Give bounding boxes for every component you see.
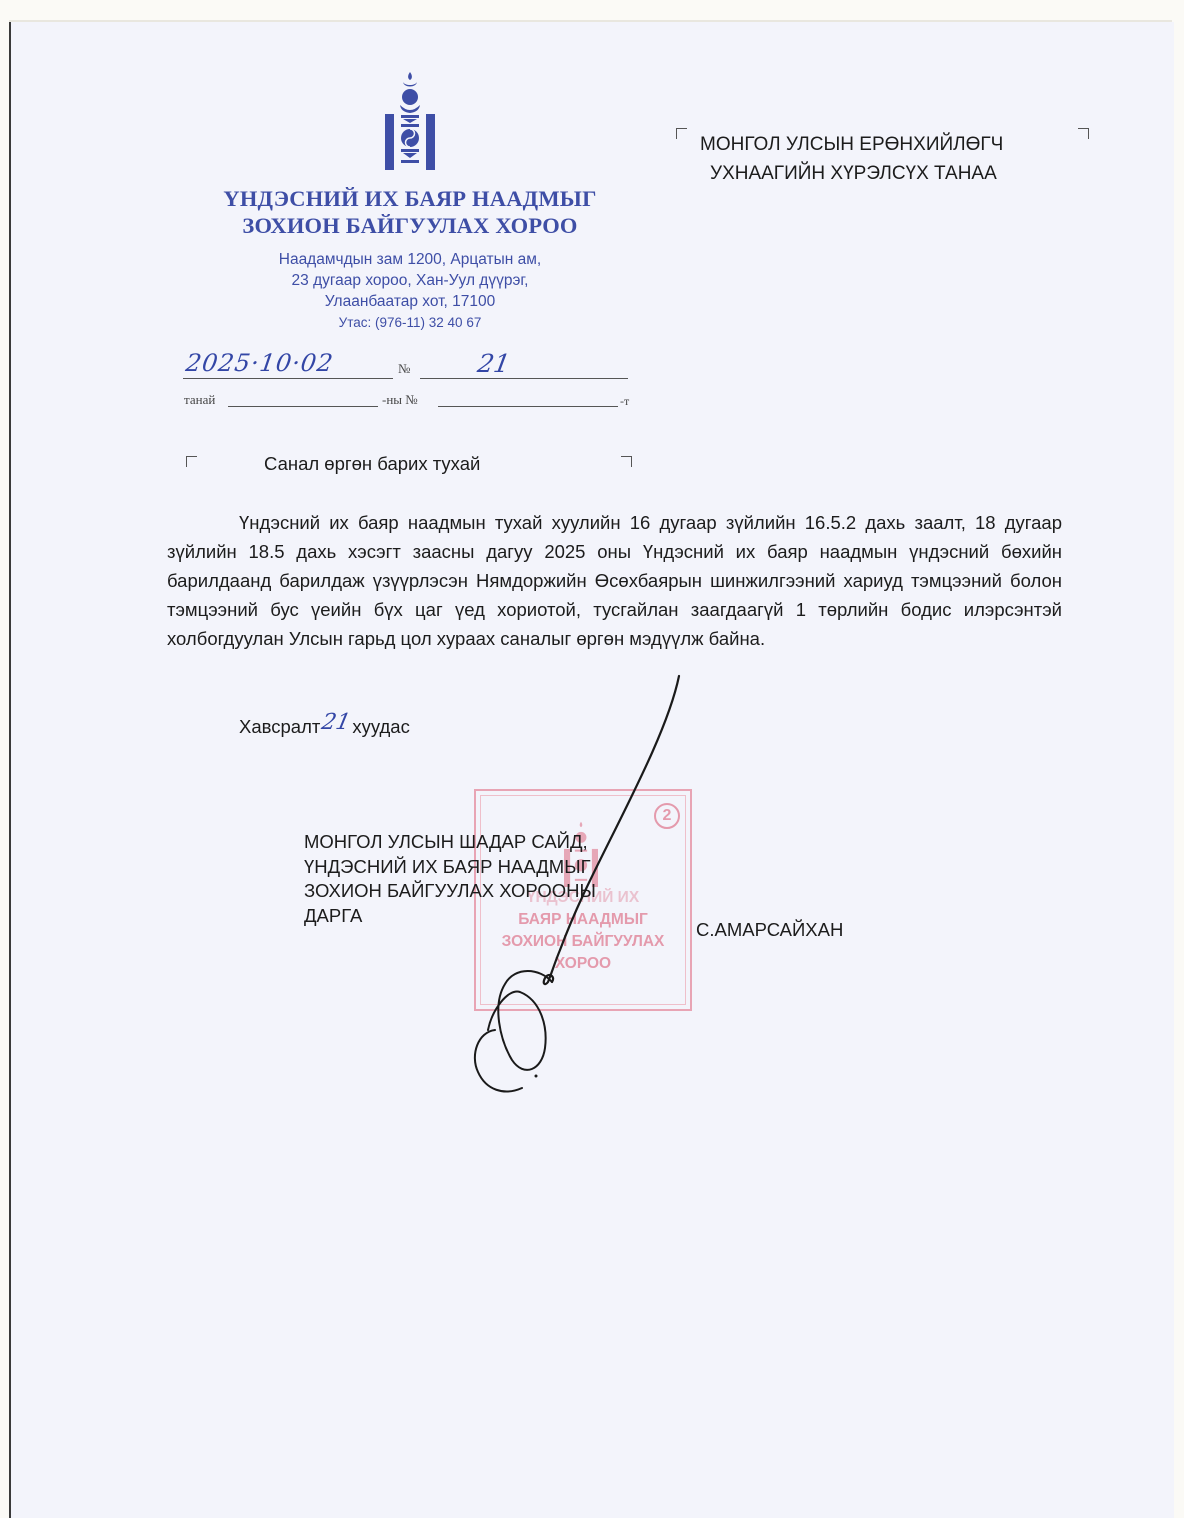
number-underline [420,378,628,379]
stamp-number: 2 [654,803,680,829]
phone-number: Утас: (976-11) 32 40 67 [180,312,640,333]
corner-bracket-icon [676,128,687,139]
organization-name: ҮНДЭСНИЙ ИХ БАЯР НААДМЫГ ЗОХИОН БАЙГУУЛА… [180,185,640,239]
signer-name: С.АМАРСАЙХАН [696,919,843,941]
signer-title-line: ҮНДЭСНИЙ ИХ БАЯР НААДМЫГ [304,855,596,880]
corner-bracket-icon [621,456,632,467]
corner-bracket-icon [186,456,197,467]
signer-title-line: ЗОХИОН БАЙГУУЛАХ ХОРООНЫ [304,879,596,904]
soyombo-emblem-icon [383,70,437,170]
addressee: МОНГОЛ УЛСЫН ЕРӨНХИЙЛӨГЧ УХНААГИЙН ХҮРЭЛ… [700,130,1080,188]
signer-title: МОНГОЛ УЛСЫН ШАДАР САЙД, ҮНДЭСНИЙ ИХ БАЯ… [304,830,596,928]
attachment-pages: 21 [320,710,353,735]
letter-subject: Санал өргөн барих тухай [264,453,480,475]
your-number-underline [438,406,618,407]
your-ref-label: танай [184,392,215,408]
org-name-line: ҮНДЭСНИЙ ИХ БАЯР НААДМЫГ [180,185,640,212]
letter-date: 2025·10·02 [184,349,335,377]
signer-title-line: МОНГОЛ УЛСЫН ШАДАР САЙД, [304,830,596,855]
address-line: Наадамчдын зам 1200, Арцатын ам, [180,249,640,270]
attachment-prefix: Хавсралт [239,716,320,737]
organization-address: Наадамчдын зам 1200, Арцатын ам, 23 дуга… [180,249,640,333]
addressee-line: УХНААГИЙН ХҮРЭЛСҮХ ТАНАА [700,159,1080,188]
attachment-suffix: хуудас [352,716,409,737]
stamp-line: ХОРОО [476,953,690,975]
number-label: № [398,361,410,377]
letter-body: Үндэсний их баяр наадмын тухай хуулийн 1… [167,508,1062,653]
signer-title-line: ДАРГА [304,904,596,929]
letter-page [9,22,1174,1518]
date-underline [183,378,393,379]
addressee-line: МОНГОЛ УЛСЫН ЕРӨНХИЙЛӨГЧ [700,130,1080,159]
org-name-line: ЗОХИОН БАЙГУУЛАХ ХОРОО [180,212,640,239]
letter-number: 21 [475,349,512,378]
address-line: 23 дугаар хороо, Хан-Уул дүүрэг, [180,270,640,291]
suffix-label: -т [620,394,629,409]
your-number-label: -ны № [382,392,418,408]
address-line: Улаанбаатар хот, 17100 [180,291,640,312]
stamp-line: ЗОХИОН БАЙГУУЛАХ [476,931,690,953]
attachment-note: Хавсралт21хуудас [239,714,410,739]
your-ref-underline [228,406,378,407]
